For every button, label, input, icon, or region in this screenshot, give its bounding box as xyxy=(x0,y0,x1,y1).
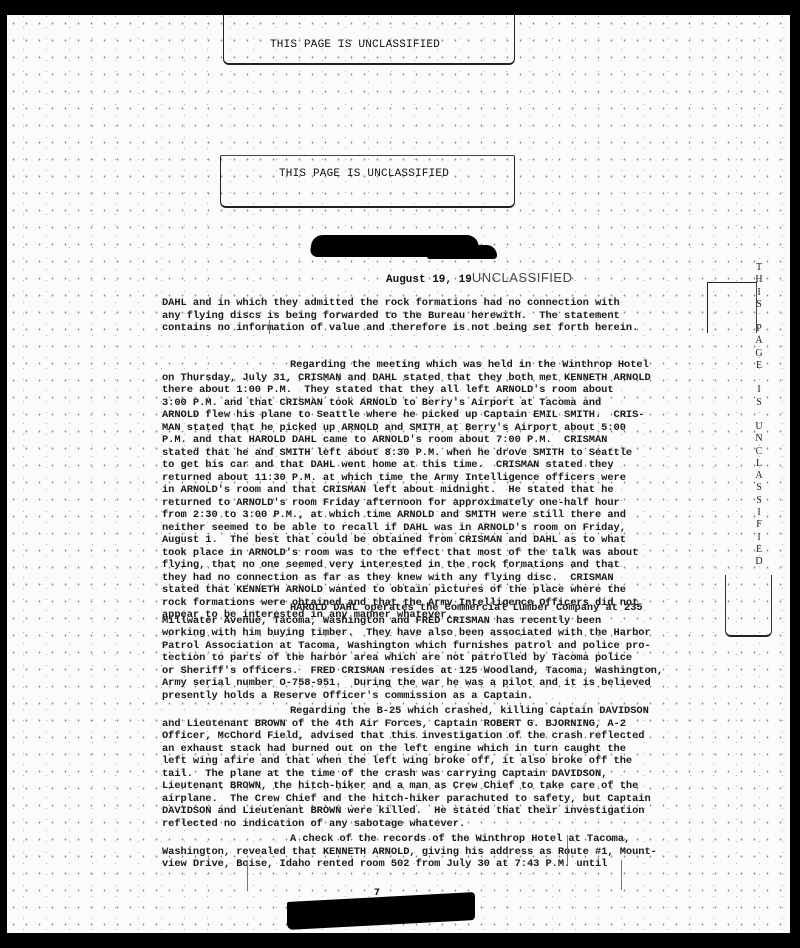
text-line: any flying discs is being forwarded to t… xyxy=(162,310,638,323)
text-line: Lieutenant BROWN, the hitch-hiker and a … xyxy=(162,780,651,793)
line-text: in ARNOLD's room and that CRISMAN left a… xyxy=(162,484,614,496)
vertical-stamp-letter: F xyxy=(752,519,766,531)
text-line: ARNOLD flew his plane to Seattle where h… xyxy=(162,409,651,422)
text-line: returned about 11:30 P.M. at which time … xyxy=(162,472,651,485)
text-line: presently holds a Reserve Officer's comm… xyxy=(162,690,663,703)
line-text: Millwater Avenue, Tacoma, Washington and… xyxy=(162,615,601,627)
line-text: and Lieutenant BROWN of the 4th Air Forc… xyxy=(162,718,626,730)
line-text: DAHL and in which they admitted the rock… xyxy=(162,297,620,309)
line-text: stated that he and SMITH left about 8:30… xyxy=(162,447,632,459)
line-text: Officer, McChord Field, advised that thi… xyxy=(162,730,644,742)
text-line: an exhaust stack had burned out on the l… xyxy=(162,743,651,756)
line-text: there about 1:00 P.M. They stated that t… xyxy=(162,384,614,396)
line-text: airplane. The Crew Chief and the hitch-h… xyxy=(162,793,651,805)
line-text: working with him buying timber. They hav… xyxy=(162,627,651,639)
text-line: Army serial number O-758-951. During the… xyxy=(162,677,663,690)
text-line: flying, that no one seemed very interest… xyxy=(162,559,651,572)
line-text: neither seemed to be able to recall if D… xyxy=(162,522,626,534)
line-text: DAVIDSON and Lieutenant BROWN were kille… xyxy=(162,805,644,817)
vertical-stamp-letter: L xyxy=(752,458,766,470)
vertical-stamp-letter: N xyxy=(752,433,766,445)
line-text: Regarding the meeting which was held in … xyxy=(290,359,649,371)
vertical-stamp-letter: G xyxy=(752,348,766,360)
film-scratch xyxy=(247,860,248,890)
film-scratch xyxy=(567,835,568,865)
stamp-box-middle xyxy=(220,155,515,208)
line-text: presently holds a Reserve Officer's comm… xyxy=(162,690,533,702)
text-line: or Sheriff's officers. FRED CRISMAN resi… xyxy=(162,665,663,678)
film-scratch xyxy=(621,860,622,890)
vertical-stamp-letter: A xyxy=(752,470,766,482)
line-text: ARNOLD flew his plane to Seattle where h… xyxy=(162,409,644,421)
line-text: August 1. The best that could be obtaine… xyxy=(162,534,626,546)
line-text: an exhaust stack had burned out on the l… xyxy=(162,743,626,755)
text-line: MAN stated that he picked up ARNOLD and … xyxy=(162,422,651,435)
line-text: Lieutenant BROWN, the hitch-hiker and a … xyxy=(162,780,638,792)
text-line: Regarding the B-25 which crashed, killin… xyxy=(162,705,651,718)
line-text: Army serial number O-758-951. During the… xyxy=(162,677,651,689)
text-line: there about 1:00 P.M. They stated that t… xyxy=(162,384,651,397)
line-text: MAN stated that he picked up ARNOLD and … xyxy=(162,422,626,434)
line-text: returned to ARNOLD's room Friday afterno… xyxy=(162,497,620,509)
vertical-stamp-letter: C xyxy=(752,446,766,458)
text-line: Officer, McChord Field, advised that thi… xyxy=(162,730,651,743)
text-line: August 1. The best that could be obtaine… xyxy=(162,534,651,547)
document-page: THIS PAGE IS UNCLASSIFIED THIS PAGE IS U… xyxy=(7,15,790,933)
classification-stamp-middle: THIS PAGE IS UNCLASSIFIED xyxy=(279,168,449,180)
vertical-stamp-gap xyxy=(752,409,766,421)
paragraph: DAHL and in which they admitted the rock… xyxy=(162,297,638,335)
text-line: stated that KENNETH ARNOLD wanted to obt… xyxy=(162,584,651,597)
text-line: DAVIDSON and Lieutenant BROWN were kille… xyxy=(162,805,651,818)
line-text: or Sheriff's officers. FRED CRISMAN resi… xyxy=(162,665,663,677)
vertical-stamp-letter: I xyxy=(752,384,766,396)
text-line: on Thursday, July 31, CRISMAN and DAHL s… xyxy=(162,372,651,385)
line-text: HAROLD DAHL operates the Commercial Lumb… xyxy=(290,602,643,614)
film-scratch xyxy=(269,320,270,334)
text-line: HAROLD DAHL operates the Commercial Lumb… xyxy=(162,602,663,615)
stamp-bracket-right-bottom xyxy=(725,575,772,637)
text-line: tail. The plane at the time of the crash… xyxy=(162,768,651,781)
vertical-stamp-letter: S xyxy=(752,495,766,507)
line-text: stated that KENNETH ARNOLD wanted to obt… xyxy=(162,584,626,596)
text-line: in ARNOLD's room and that CRISMAN left a… xyxy=(162,484,651,497)
paragraph: Regarding the meeting which was held in … xyxy=(162,359,651,622)
line-text: contains no information of value and the… xyxy=(162,322,638,334)
line-text: P.M. and that HAROLD DAHL came to ARNOLD… xyxy=(162,434,607,446)
text-line: Regarding the meeting which was held in … xyxy=(162,359,651,372)
vertical-stamp-letter: S xyxy=(752,299,766,311)
text-line: returned to ARNOLD's room Friday afterno… xyxy=(162,497,651,510)
unclassified-date-stamp: UNCLASSIFIED xyxy=(472,270,573,285)
line-text: left wing afire and that when the left w… xyxy=(162,755,632,767)
vertical-stamp-letter: I xyxy=(752,507,766,519)
text-line: stated that he and SMITH left about 8:30… xyxy=(162,447,651,460)
vertical-stamp-letter: T xyxy=(752,262,766,274)
vertical-stamp-letter: H xyxy=(752,274,766,286)
classification-stamp-vertical: THISPAGEISUNCLASSIFIED xyxy=(752,262,766,569)
line-text: any flying discs is being forwarded to t… xyxy=(162,310,620,322)
vertical-stamp-letter: I xyxy=(752,532,766,544)
date-text: August 19, 19 xyxy=(386,274,472,286)
redaction-block-top-tail xyxy=(427,245,497,259)
text-line: from 2:30 to 3:00 P.M., at which time AR… xyxy=(162,509,651,522)
text-line: Millwater Avenue, Tacoma, Washington and… xyxy=(162,615,663,628)
text-line: to get his car and that DAHL went home a… xyxy=(162,459,651,472)
vertical-stamp-letter: I xyxy=(752,287,766,299)
paragraph: A check of the records of the Winthrop H… xyxy=(162,833,657,871)
vertical-stamp-letter: S xyxy=(752,482,766,494)
vertical-stamp-letter: P xyxy=(752,323,766,335)
text-line: they had no connection as far as they kn… xyxy=(162,572,651,585)
line-text: 3:00 P.M. and that CRISMAN took ARNOLD t… xyxy=(162,397,601,409)
text-line: P.M. and that HAROLD DAHL came to ARNOLD… xyxy=(162,434,651,447)
line-text: Regarding the B-25 which crashed, killin… xyxy=(290,705,649,717)
line-text: Patrol Association at Tacoma, Washington… xyxy=(162,640,651,652)
line-text: flying, that no one seemed very interest… xyxy=(162,559,620,571)
text-line: reflected no indication of any sabotage … xyxy=(162,818,651,831)
line-text: to get his car and that DAHL went home a… xyxy=(162,459,614,471)
text-line: neither seemed to be able to recall if D… xyxy=(162,522,651,535)
text-line: 3:00 P.M. and that CRISMAN took ARNOLD t… xyxy=(162,397,651,410)
line-text: view Drive, Boise, Idaho rented room 502… xyxy=(162,858,607,870)
text-line: took place in ARNOLD's room was to the e… xyxy=(162,547,651,560)
line-text: Washington, revealed that KENNETH ARNOLD… xyxy=(162,846,657,858)
line-text: reflected no indication of any sabotage … xyxy=(162,818,465,830)
classification-stamp-top: THIS PAGE IS UNCLASSIFIED xyxy=(270,39,440,51)
text-line: view Drive, Boise, Idaho rented room 502… xyxy=(162,858,657,871)
line-text: A check of the records of the Winthrop H… xyxy=(290,833,630,845)
stamp-bracket-right-top xyxy=(707,282,757,333)
line-text: from 2:30 to 3:00 P.M., at which time AR… xyxy=(162,509,626,521)
text-line: left wing afire and that when the left w… xyxy=(162,755,651,768)
vertical-stamp-letter: S xyxy=(752,397,766,409)
line-text: returned about 11:30 P.M. at which time … xyxy=(162,472,626,484)
vertical-stamp-letter: D xyxy=(752,556,766,568)
line-text: took place in ARNOLD's room was to the e… xyxy=(162,547,638,559)
text-line: Patrol Association at Tacoma, Washington… xyxy=(162,640,663,653)
redaction-block-bottom xyxy=(287,892,475,930)
vertical-stamp-letter: E xyxy=(752,544,766,556)
vertical-stamp-letter: A xyxy=(752,335,766,347)
line-text: tail. The plane at the time of the crash… xyxy=(162,768,607,780)
paragraph: Regarding the B-25 which crashed, killin… xyxy=(162,705,651,830)
line-text: they had no connection as far as they kn… xyxy=(162,572,614,584)
text-line: and Lieutenant BROWN of the 4th Air Forc… xyxy=(162,718,651,731)
paragraph: HAROLD DAHL operates the Commercial Lumb… xyxy=(162,602,663,702)
document-date: August 19, 19UNCLASSIFIED xyxy=(386,270,572,286)
text-line: A check of the records of the Winthrop H… xyxy=(162,833,657,846)
text-line: Washington, revealed that KENNETH ARNOLD… xyxy=(162,846,657,859)
text-line: DAHL and in which they admitted the rock… xyxy=(162,297,638,310)
text-line: working with him buying timber. They hav… xyxy=(162,627,663,640)
line-text: tection to parts of the harbor area whic… xyxy=(162,652,632,664)
vertical-stamp-gap xyxy=(752,372,766,384)
line-text: on Thursday, July 31, CRISMAN and DAHL s… xyxy=(162,372,651,384)
vertical-stamp-letter: E xyxy=(752,360,766,372)
text-line: contains no information of value and the… xyxy=(162,322,638,335)
vertical-stamp-gap xyxy=(752,311,766,323)
text-line: tection to parts of the harbor area whic… xyxy=(162,652,663,665)
text-line: airplane. The Crew Chief and the hitch-h… xyxy=(162,793,651,806)
vertical-stamp-letter: U xyxy=(752,421,766,433)
